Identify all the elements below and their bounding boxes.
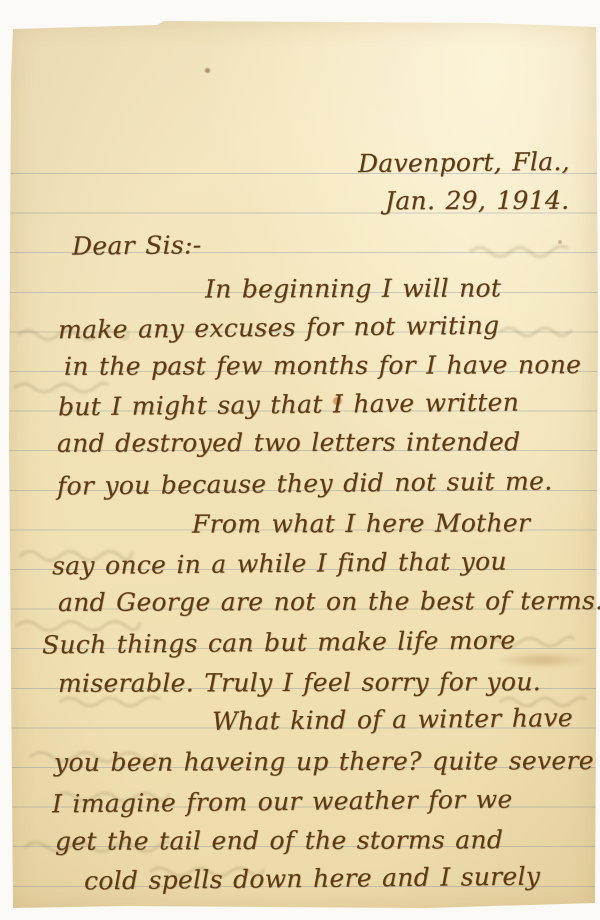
letter-line-9: for you because they did not suit me.: [57, 463, 553, 504]
letter-line-8: and destroyed two letters intended: [57, 424, 521, 462]
letter-line-6: in the past few months for I have none: [64, 347, 581, 385]
letter-line-4: In beginning I will not: [205, 270, 501, 307]
letter-line-10: From what I here Mother: [192, 505, 530, 542]
letter-line-3: Dear Sis:-: [72, 227, 202, 264]
letter-line-2: Jan. 29, 1914.: [385, 183, 570, 220]
letter-line-13: Such things can but make life more: [42, 623, 516, 664]
letter-line-5: make any excuses for not writing: [58, 308, 500, 349]
letter-line-16: you been haveing up there? quite severe: [54, 743, 594, 781]
letter-line-7: but I might say that I have written: [58, 385, 519, 426]
letter-line-15: What kind of a winter have: [212, 700, 573, 740]
letter-line-14: miserable. Truly I feel sorry for you.: [58, 664, 541, 702]
letter-line-18: get the tail end of the storms and: [55, 822, 503, 860]
letter-line-19: cold spells down here and I surely: [84, 859, 541, 900]
handwriting-layer: Davenport, Fla.,Jan. 29, 1914.Dear Sis:-…: [0, 0, 600, 920]
letter-line-1: Davenport, Fla.,: [358, 144, 570, 182]
letter-line-11: say once in a while I find that you: [52, 544, 507, 585]
letter-line-12: and George are not on the best of terms.: [58, 583, 600, 621]
letter-line-17: I imagine from our weather for we: [52, 782, 513, 823]
letter-scan: Davenport, Fla.,Jan. 29, 1914.Dear Sis:-…: [0, 0, 600, 920]
